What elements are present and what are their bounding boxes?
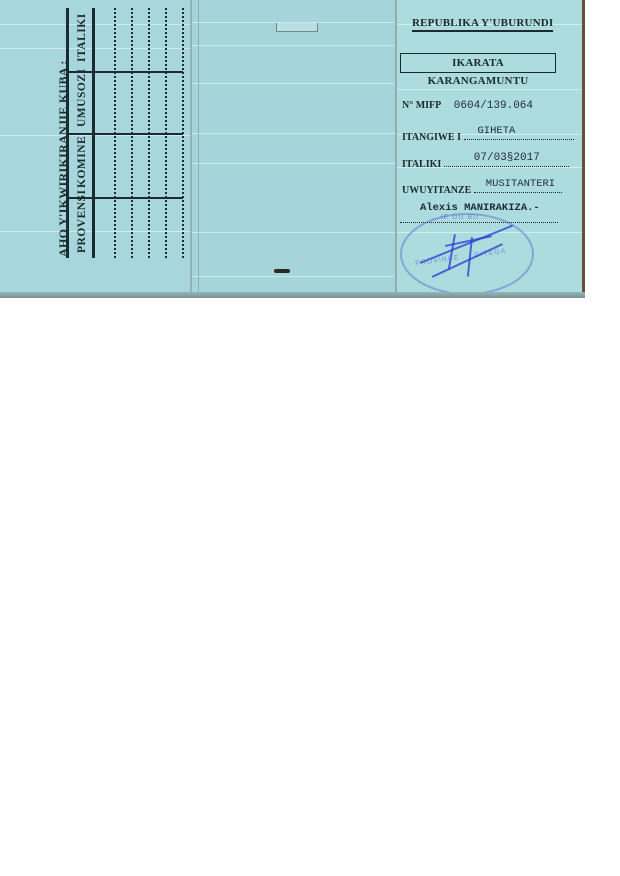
issuer-name: Alexis MANIRAKIZA.- <box>420 202 540 214</box>
entry-line <box>131 8 133 258</box>
column-provensi: PROVENSI <box>76 190 88 253</box>
card-bottom-edge <box>0 292 585 298</box>
column-komine: KOMINE <box>76 136 88 188</box>
crease <box>0 48 190 49</box>
tear-mark <box>274 269 290 273</box>
field-issuer: UWUYITANZE MUSITANTERI <box>402 182 562 196</box>
staple-mark <box>276 23 318 32</box>
crease <box>0 231 190 232</box>
stamp-top-text: ...IE DU BU... <box>432 214 488 221</box>
field-label: ITANGIWE I <box>402 132 461 143</box>
crease <box>192 83 395 84</box>
field-value: 07/03§2017 <box>474 152 540 164</box>
residence-history-panel: AHO Y'IKWIRIKIRANJIE KUBA : PROVENSI KOM… <box>0 0 192 292</box>
card-title: IKARATA KARANGAMUNTU <box>400 53 556 73</box>
field-label: ITALIKI <box>402 159 441 170</box>
field-value: GIHETA <box>478 125 516 137</box>
entry-line <box>165 8 167 258</box>
fold-line <box>198 0 199 292</box>
blank-middle-panel <box>192 0 397 292</box>
crease <box>0 24 190 25</box>
crease <box>192 232 395 233</box>
entry-line <box>148 8 150 258</box>
entry-line <box>114 8 116 258</box>
country-name: REPUBLIKA Y'UBURUNDI <box>412 17 553 32</box>
crease <box>192 276 395 277</box>
field-label: UWUYITANZE <box>402 185 471 196</box>
crease <box>192 133 395 134</box>
column-italiki: ITALIKI <box>76 13 88 62</box>
entry-line <box>182 8 184 258</box>
column-umusozi: UMUSOZI <box>76 69 88 127</box>
crease <box>192 163 395 164</box>
crease <box>192 45 395 46</box>
field-issue-date: ITALIKI 07/03§2017 <box>402 156 569 170</box>
field-mifp-number: N° MIFP 0604/139.064 <box>402 100 533 112</box>
id-card: AHO Y'IKWIRIKIRANJIE KUBA : PROVENSI KOM… <box>0 0 585 298</box>
field-issued-at: ITANGIWE I GIHETA <box>402 129 574 143</box>
field-label: N° MIFP <box>402 100 441 111</box>
crease <box>0 135 190 136</box>
field-value: 0604/139.064 <box>454 100 533 112</box>
field-value: MUSITANTERI <box>486 178 555 190</box>
